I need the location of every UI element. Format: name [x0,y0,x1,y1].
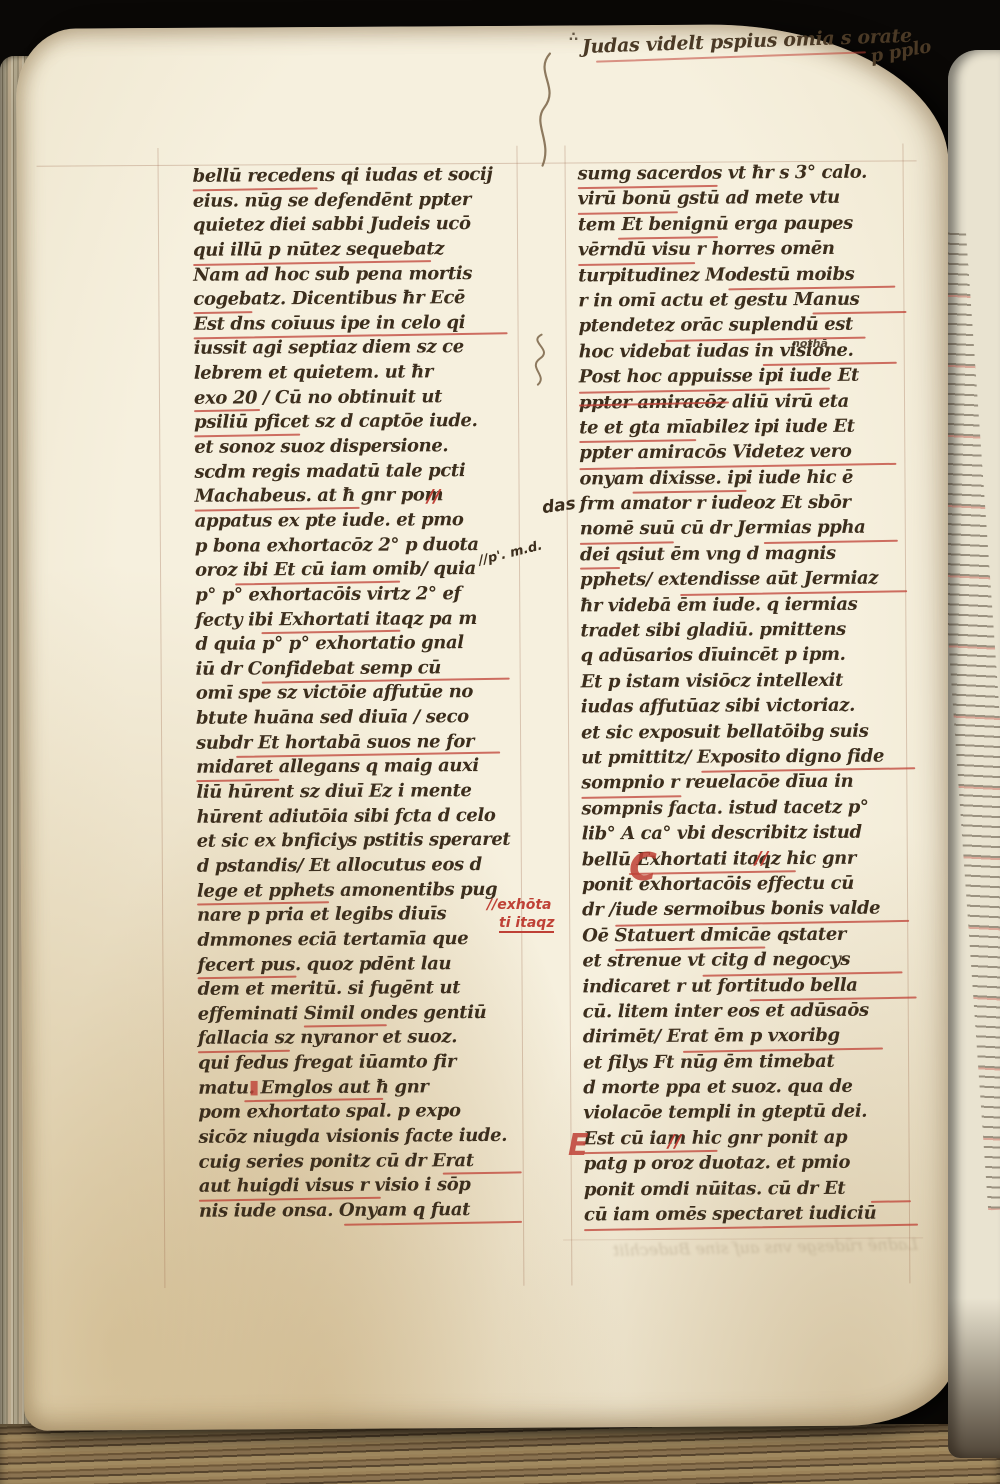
manuscript-line: d quia p° p° exhortatio gnal [195,634,525,661]
manuscript-line: violacōe templi in gteptū dei. [583,1103,917,1130]
line-text: appatus ex pte iude. et pmo [195,509,464,532]
line-text: quietez diei sabbi Judeis ucō [193,213,471,236]
manuscript-line: q adūsarios dīuincēt p ipm. [581,646,915,673]
ruling-line [157,148,165,1288]
next-page-shadow [948,1298,1000,1458]
line-text: te et gta mīabilez ipi iude Et [579,416,855,439]
line-text: cū iam omēs spectaret iudiciū [584,1203,876,1226]
line-text: pom exhortato spal. p expo [198,1101,460,1124]
manuscript-page: Judas videlt pspius omia s orate p pplo … [16,23,957,1431]
line-text: cuig series ponitz cū dr Erat [199,1150,474,1173]
line-text: vērndū visu r horres omēn [578,238,835,261]
manuscript-line: vērndū visu r horres omēn [578,240,912,267]
line-text: d morte ppa et suoz. qua de [583,1076,853,1099]
line-text: et sic ex bnficiys pstitis speraret [197,829,511,852]
red-underline [871,1200,911,1203]
text-column-right: sumg sacerdos vt ħr s 3° calo.virū bonū … [578,163,919,1231]
manuscript-line: cogebatz. Dicentibus ħr Ecē [193,289,523,316]
line-text: bellū Exhortati itaqz hic gnr [582,847,856,870]
line-text: fecty ibi Exhortati itaqz pa m [195,608,477,631]
line-text: ppter amiracōs Videtez vero [579,441,851,464]
manuscript-line: patg p oroz duotaz. et pmio [584,1154,918,1181]
manuscript-line: Post hoc appuisse ipi iude Et [579,367,913,394]
line-text: Nam ad hoc sub pena mortis [193,263,472,286]
line-text: eius. nūg se defendēnt ppter [193,189,471,212]
manuscript-line: et strenue vt citg d negocys [582,950,916,977]
line-text: oroz ibi Et cū iam omib/ quia [195,558,476,581]
line-text: scdm regis madatū tale pcti [194,460,465,483]
manuscript-line: dr /iude sermoibus bonis valde [582,900,916,927]
manuscript-line: ppter amiracōs Videtez vero [579,443,913,470]
manuscript-line: lib° A ca° vbi describitz istud [582,824,916,851]
line-text: frm amator r iudeoz Et sbōr [580,492,851,515]
line-text: hūrent adiutōia sibi fcta d celo [196,805,495,828]
line-text: dr /iude sermoibus bonis valde [582,898,880,921]
line-text: nis iude onsa. Onyam q fuat [199,1199,470,1222]
manuscript-line: aut huigdi visus r visio i sōp [199,1176,529,1203]
line-text: midaret allegans q maig auxi [196,755,479,778]
line-text: psiliū pficet sz d captōe iude. [194,410,477,433]
next-page-text-lines [948,230,1000,1211]
line-text: Est dns coīuus ipe in celo qi [193,312,465,335]
line-text: p bona exhortacōz 2° p duota [195,534,479,557]
photo-background: Judas videlt pspius omia s orate p pplo … [0,0,1000,1484]
line-text: q adūsarios dīuincēt p ipm. [581,644,846,667]
line-text: iussit agi septiaz diem sz ce [194,337,464,360]
line-text: nomē suū cū dr Jermias ppha [580,517,866,540]
manuscript-line: quietez diei sabbi Judeis ucō [193,215,523,242]
line-text: bellū recedens qi iudas et socij [193,164,493,187]
line-text: p° p° exhortacōis virtz 2° ef [195,583,461,606]
manuscript-line: dirimēt/ Erat ēm p vxoribg [583,1027,917,1054]
line-text: Post hoc appuisse ipi iude Et [579,365,859,388]
line-text: dei qsiut ēm vng d magnis [580,543,836,566]
manuscript-line: cū iam omēs spectaret iudiciū [584,1204,918,1231]
line-text: tradet sibi gladiū. pmittens [580,619,846,642]
manuscript-line: turpitudinez Modestū moibs [578,265,912,292]
line-text: liū hūrent sz diuī Ez i mente [196,780,471,803]
manuscript-line: virū bonū gstū ad mete vtu [578,189,912,216]
line-text: btute huāna sed diuīa / seco [196,706,469,729]
line-text: dem et meritū. si fugēnt ut [198,977,461,1000]
line-text: pphets/ extendisse aūt Jermiaz [580,568,878,591]
manuscript-line: ptendetez orāc suplendū est [579,316,913,343]
line-text: d quia p° p° exhortatio gnal [195,632,463,655]
line-text: aut huigdi visus r visio i sōp [199,1174,471,1197]
line-text: subdr Et hortabā suos ne for [196,731,474,754]
line-text: ponit exhortacōis effectu cū [582,873,854,896]
line-text: ut pmittitz/ Exposito digno fide [581,746,884,769]
line-text: nare p pria et legibs diuīs [197,903,446,926]
manuscript-line: onyam dixisse. ipi iude hic ē [579,468,913,495]
red-underline [344,1220,522,1225]
line-text: r in omī actu et gestu Manus [578,289,859,312]
line-text: effeminati Simil ondes gentiū [198,1002,487,1025]
manuscript-line: bellū recedens qi iudas et socij [193,166,523,193]
line-text: sompnio r reuelacōe dīua in [581,771,853,794]
line-text: iudas affutūaz sibi victoriaz. [581,695,855,718]
line-text: qui illū p nūtez sequebatz [193,238,444,261]
manuscript-line: Machabeus. at ħ gnr pom [195,486,525,513]
manuscript-line: qui fedus fregat iūamto fir [198,1053,528,1080]
line-text: violacōe templi in gteptū dei. [583,1101,867,1124]
manuscript-line: bellū Exhortati itaqz hic gnr [582,849,916,876]
line-text: patg p oroz duotaz. et pmio [584,1152,850,1175]
line-text: Oē Statuert dmicāe qstater [582,924,846,947]
manuscript-line: dmmones eciā tertamīa que [197,930,527,957]
line-text: et sonoz suoz dispersione. [194,435,448,458]
manuscript-line: nare p pria et legibs diuīs [197,905,527,932]
manuscript-line: ħr videbā ēm iude. q iermias [580,595,914,622]
manuscript-line: qui illū p nūtez sequebatz [193,240,523,267]
ruling-line [564,146,572,1286]
line-text: fallacia sz nyranor et suoz. [198,1027,457,1050]
line-text: fecert pus. quoz pdēnt lau [197,953,451,976]
line-text: dmmones eciā tertamīa que [197,928,468,951]
line-text: sompnis facta. istud tacetz p° [581,796,868,819]
manuscript-line: nomē suū cū dr Jermias ppha [580,519,914,546]
line-text: d pstandis/ Et allocutus eos d [197,854,482,877]
manuscript-line: ppter amiracōz aliū virū eta [579,392,913,419]
line-text: Machabeus. at ħ gnr pom [195,485,444,508]
line-text: ptendetez orāc suplendū est [578,314,852,337]
text-column-left: bellū recedens qi iudas et socijeius. nū… [193,166,529,1228]
line-text: exo 20 / Cū no obtinuit ut [194,386,442,409]
header-annotation: Judas videlt pspius omia s orate p pplo [582,25,913,58]
line-text: virū bonū gstū ad mete vtu [578,187,840,210]
next-page-edge [948,50,1000,1458]
manuscript-line: pphets/ extendisse aūt Jermiaz [580,570,914,597]
manuscript-line: oroz ibi Et cū iam omib/ quia [195,560,525,587]
line-text: et filys Ft nūg ēm timebat [583,1051,834,1074]
line-text: lib° A ca° vbi describitz istud [582,822,862,845]
flourish-icon [526,332,554,388]
line-text: sicōz niugda visionis facte iude. [198,1125,507,1148]
line-text: lebrem et quietem. ut ħr [194,361,433,383]
line-text: sumg sacerdos vt ħr s 3° calo. [578,162,867,185]
line-text: et sic exposuit bellatōibg suis [581,720,869,743]
manuscript-line: sicōz niugda visionis facte iude. [198,1127,528,1154]
line-text: lege et pphets amonentibs pug [197,879,497,902]
line-text: dirimēt/ Erat ēm p vxoribg [583,1025,840,1048]
line-text: ponit omdi nūitas. cū dr Et [584,1177,846,1200]
wooden-board [0,1424,1000,1484]
manuscript-line: et sonoz suoz dispersione. [194,437,524,464]
line-text: qui fedus fregat iūamto fir [198,1051,456,1074]
manuscript-line: lebrem et quietem. ut ħr [194,363,524,390]
line-text: tem Et benignū erga paupes [578,213,853,236]
line-text: indicaret r ut fortitudo bella [583,974,858,997]
manuscript-line: et filys Ft nūg ēm timebat [583,1052,917,1079]
line-text: Et p istam visiōcz intellexit [581,670,843,693]
line-text: cogebatz. Dicentibus ħr Ecē [193,287,465,310]
line-text: ħr videbā ēm iude. q iermias [580,593,857,616]
line-text: hoc videbat iudas in visione. [579,339,854,362]
line-text: et strenue vt citg d negocys [582,949,850,972]
flourish-icon [528,50,563,170]
manuscript-line: btute huāna sed diuīa / seco [196,708,526,735]
header-annotation-text: Judas videlt pspius omia s orate [582,25,913,58]
line-text: iū dr Confidebat semp cū [196,657,441,679]
line-text: omī spe sz victōie affutūe no [196,682,473,705]
red-underline [584,1224,918,1232]
line-text: Est cū iam hic gnr ponit ap [583,1127,847,1150]
line-text: onyam dixisse. ipi iude hic ē [579,466,853,489]
line-text: cū. litem inter eos et adūsaōs [583,1000,869,1023]
manuscript-line: nis iude onsa. Onyam q fuat [199,1201,529,1228]
line-text: turpitudinez Modestū moibs [578,263,854,286]
line-text: matu. Emglos aut ħ gnr [198,1076,428,1098]
